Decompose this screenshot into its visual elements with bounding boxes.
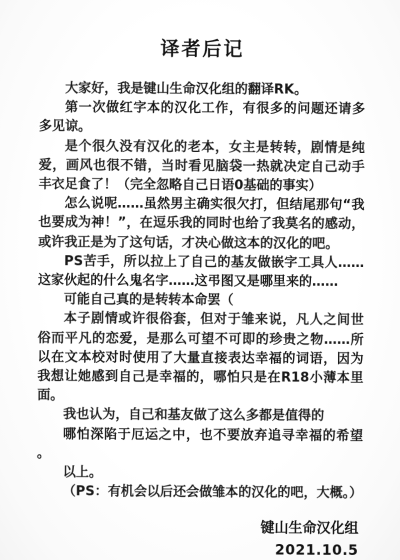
page-content: 译者后记 大家好，我是键山生命汉化组的翻译RK。第一次做红字本的汉化工作，有很多… xyxy=(0,0,400,560)
paragraph: 哪怕深陷于厄运之中，也不要放弃追寻幸福的希望。 xyxy=(37,425,363,465)
paragraph: 以上。 xyxy=(37,463,363,484)
paragraph: 怎么说呢……虽然男主确实很欠打，但结尾那句“我也要成为神！”，在逗乐我的同时也给… xyxy=(38,194,364,254)
paragraph: 可能自己真的是转转本命罢（ xyxy=(38,290,364,311)
paragraph: 是个很久没有汉化的老本，女主是转转，剧情是纯爱，画风也很不错，当时看见脑袋一热就… xyxy=(39,137,365,197)
paragraph: PS苦手，所以拉上了自己的基友做嵌字工具人……这家伙起的什么鬼名字……这弔图又是… xyxy=(38,252,364,292)
paragraph: （PS：有机会以后还会做雏本的汉化的吧，大概。） xyxy=(37,482,363,503)
release-date: 2021.10.5 xyxy=(36,538,358,560)
page-title: 译者后记 xyxy=(39,35,365,63)
paragraph: 大家好，我是键山生命汉化组的翻译RK。 xyxy=(39,79,365,100)
paragraph: 我也认为，自己和基友做了这么多都是值得的 xyxy=(37,405,363,426)
paragraph: 本子剧情或许很俗套，但对于雏来说，凡人之间世俗而平凡的恋爱，是那么可望不可即的珍… xyxy=(37,309,364,407)
paragraph: 第一次做红字本的汉化工作，有很多的问题还请多多见谅。 xyxy=(39,98,365,138)
afterword-body: 大家好，我是键山生命汉化组的翻译RK。第一次做红字本的汉化工作，有很多的问题还请… xyxy=(37,79,366,503)
translation-group-name: 键山生命汉化组 xyxy=(36,516,358,540)
scanned-page: 译者后记 大家好，我是键山生命汉化组的翻译RK。第一次做红字本的汉化工作，有很多… xyxy=(0,0,400,560)
credits-block: 键山生命汉化组 2021.10.5 xyxy=(36,516,358,560)
